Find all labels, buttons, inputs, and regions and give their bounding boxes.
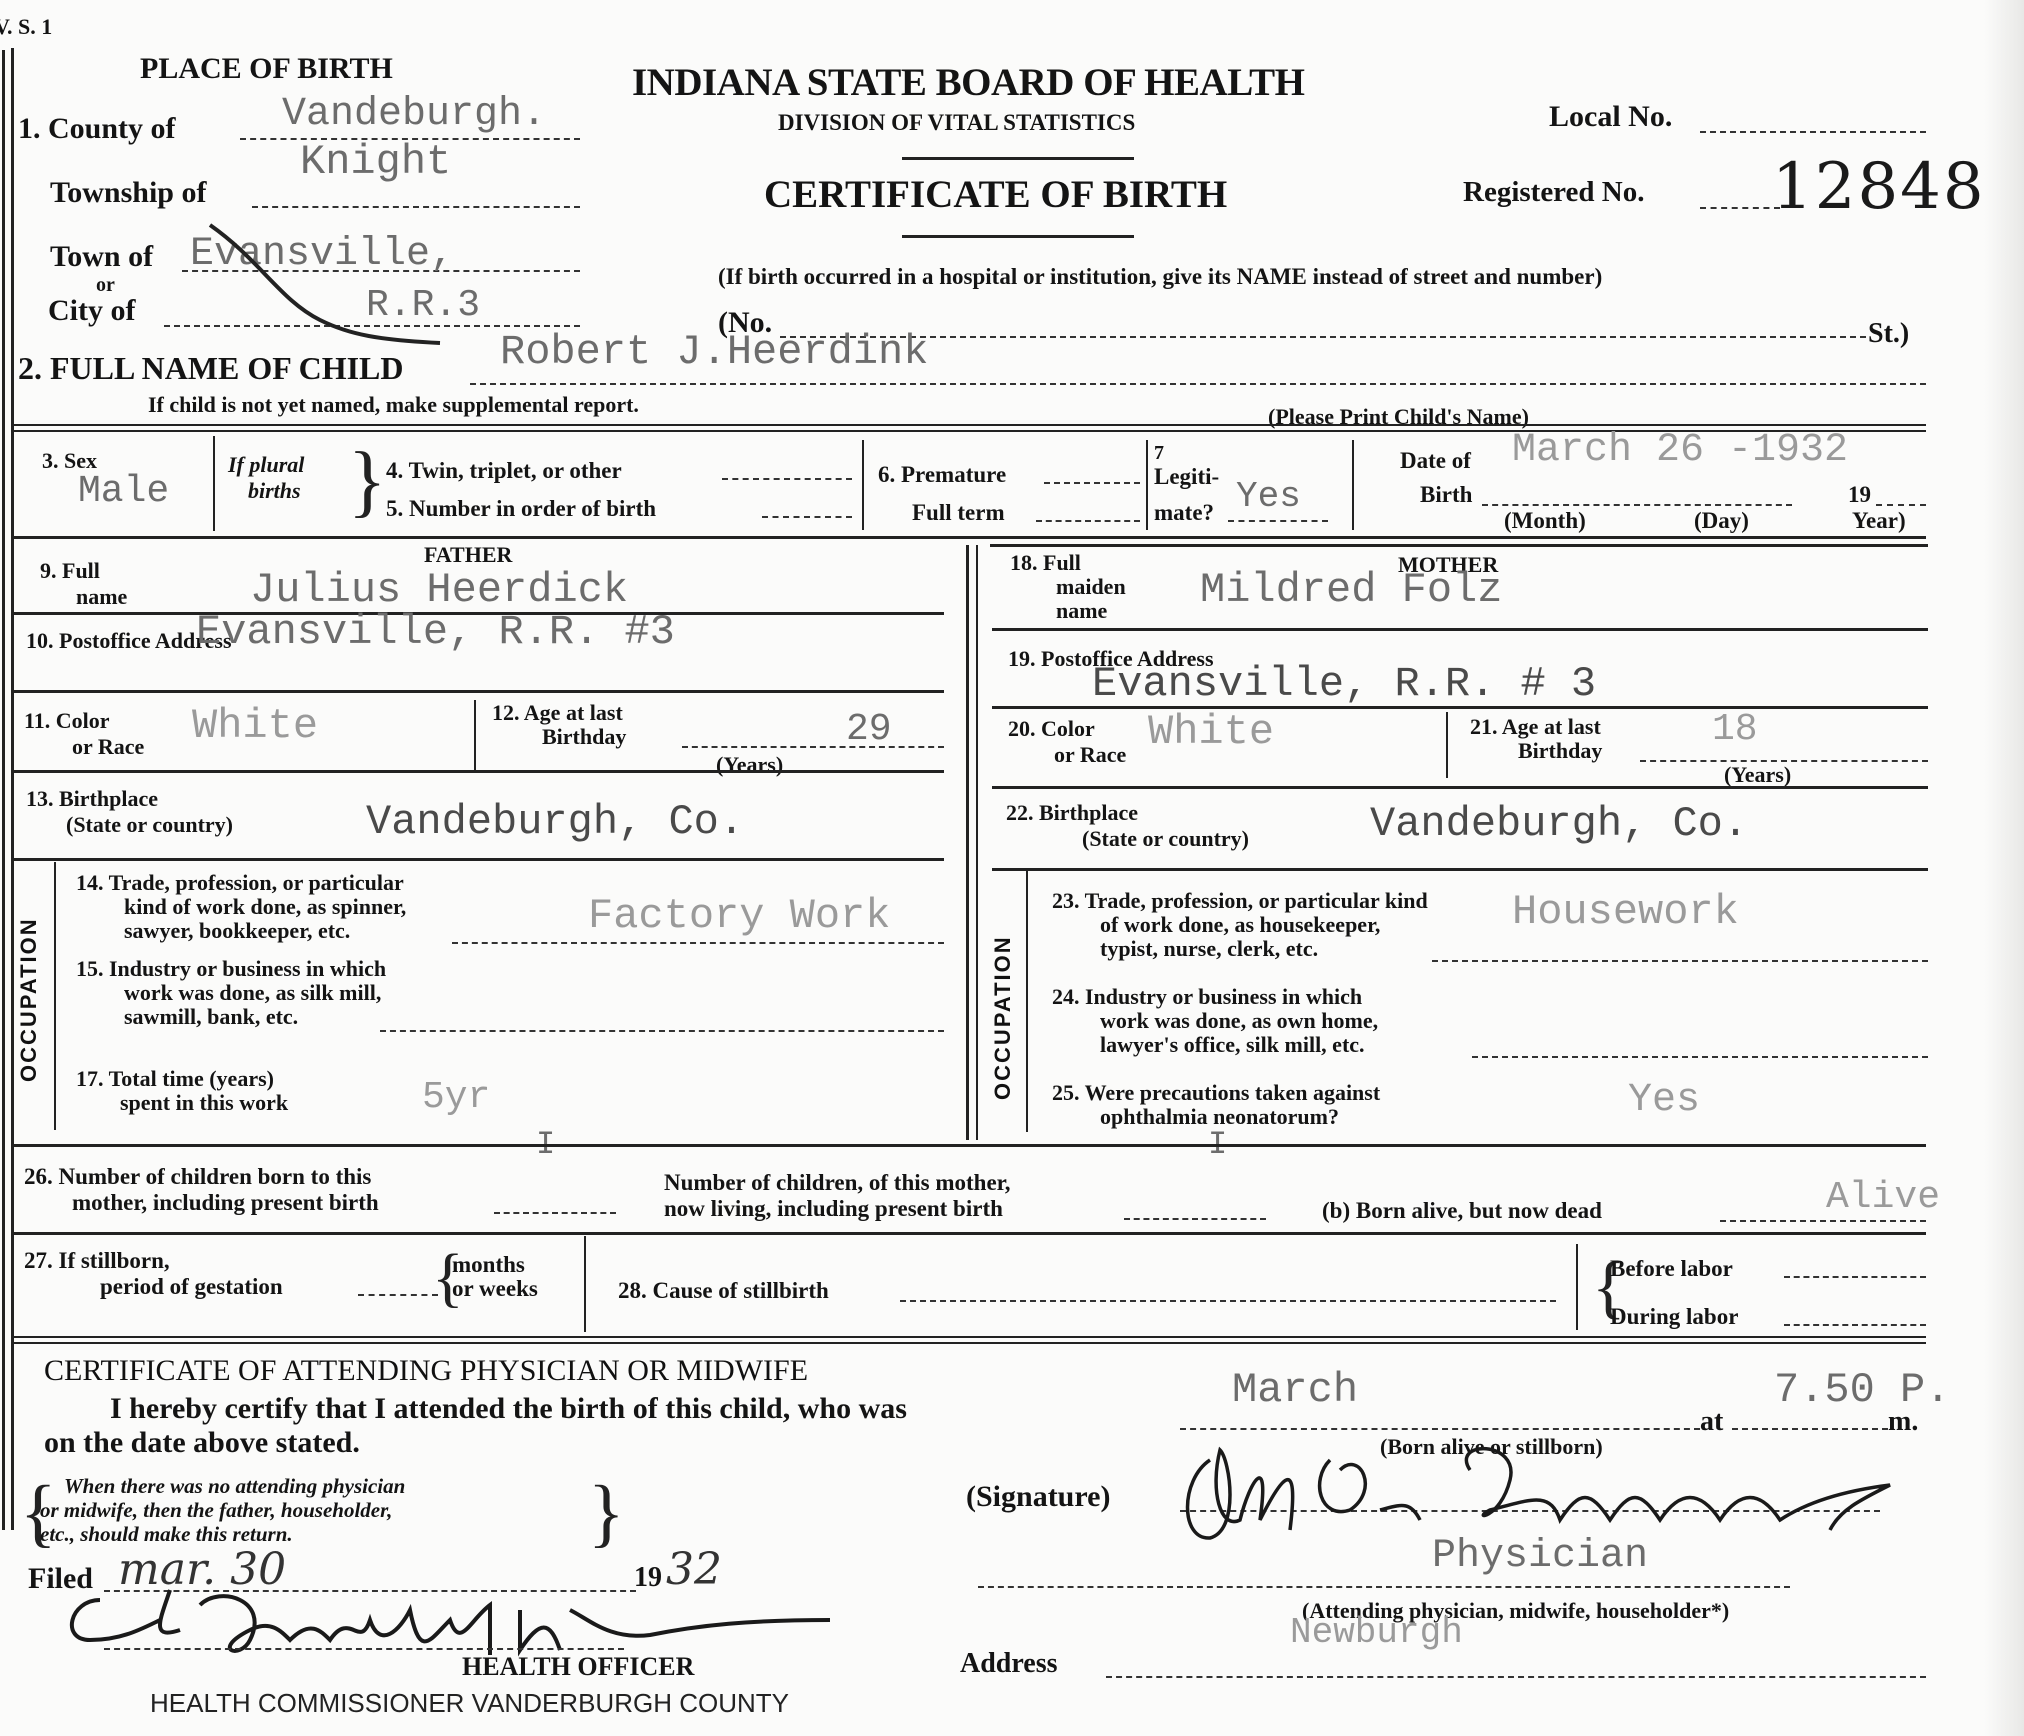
street-field[interactable] xyxy=(780,336,1866,338)
premature-field[interactable] xyxy=(1044,482,1140,484)
legitimate-field[interactable] xyxy=(1228,520,1328,522)
father-heading: FATHER xyxy=(424,542,512,568)
county-label: 1. County of xyxy=(18,112,176,146)
father-occupation-divider xyxy=(54,862,56,1130)
dob-field[interactable] xyxy=(1482,504,1792,506)
before-labor-label: Before labor xyxy=(1610,1256,1733,1282)
certify-text-1: I hereby certify that I attended the bir… xyxy=(110,1392,907,1426)
children-living-field[interactable] xyxy=(1124,1218,1266,1220)
mother-address-value: Evansville, R.R. # 3 xyxy=(1092,660,1596,708)
mother-industry-field[interactable] xyxy=(1472,1056,1928,1058)
plural-label-2: births xyxy=(248,478,301,504)
dob-label-2: Birth xyxy=(1420,482,1472,508)
child-name-field[interactable] xyxy=(470,383,1926,385)
father-birthplace-label-1: 13. Birthplace xyxy=(26,786,158,812)
children-dead-label: (b) Born alive, but now dead xyxy=(1322,1198,1602,1224)
health-officer-signature xyxy=(50,1580,870,1690)
divider-mother-name xyxy=(992,628,1928,631)
mother-name-label-3: name xyxy=(1056,598,1107,624)
mother-ophthalmia-label-1: 25. Were precautions taken against xyxy=(1052,1080,1380,1106)
divider-father-birthplace xyxy=(14,858,944,861)
certificate-title: CERTIFICATE OF BIRTH xyxy=(764,172,1227,217)
father-trade-label-2: kind of work done, as spinner, xyxy=(124,894,406,920)
mother-birthplace-label-2: (State or country) xyxy=(1082,826,1249,852)
scan-edge-shadow xyxy=(1984,0,2024,1736)
local-no-field[interactable] xyxy=(1700,131,1926,133)
father-occupation-side-label: OCCUPATION xyxy=(16,917,42,1082)
father-birthplace-label-2: (State or country) xyxy=(66,812,233,838)
stillbirth-cause-field[interactable] xyxy=(900,1300,1556,1302)
before-labor-field[interactable] xyxy=(1784,1276,1926,1278)
child-name-value: Robert J.Heerdink xyxy=(500,328,928,376)
mother-age-unit: (Years) xyxy=(1724,762,1791,788)
divider-children xyxy=(14,1232,1926,1235)
registered-no-label: Registered No. xyxy=(1463,176,1644,209)
divider-father-color xyxy=(474,700,476,770)
divider-mother-color xyxy=(992,786,1928,789)
left-border-inner xyxy=(11,48,14,1530)
full-term-label: Full term xyxy=(912,500,1005,526)
father-age-unit: (Years) xyxy=(716,752,783,778)
father-color-label-1: 11. Color xyxy=(24,708,110,734)
legitimate-value: Yes xyxy=(1236,476,1301,517)
order-label: 5. Number in order of birth xyxy=(386,496,656,522)
gestation-months-label: months xyxy=(452,1252,525,1278)
during-labor-label: During labor xyxy=(1610,1304,1738,1330)
title-rule-bottom xyxy=(902,235,1134,238)
time-value: 7.50 P. xyxy=(1774,1366,1950,1414)
mother-trade-label-3: typist, nurse, clerk, etc. xyxy=(1100,936,1318,962)
city-label: City of xyxy=(48,294,135,328)
legitimate-label-2: mate? xyxy=(1154,500,1214,526)
father-industry-label-1: 15. Industry or business in which xyxy=(76,956,386,982)
physician-note-2: or midwife, then the father, householder… xyxy=(40,1498,392,1523)
divider-mother-top xyxy=(990,544,1928,547)
mother-name-label-2: maiden xyxy=(1056,574,1126,600)
dob-year-field[interactable] xyxy=(1876,504,1926,506)
father-industry-field[interactable] xyxy=(380,1030,944,1032)
town-label: Town of xyxy=(50,240,153,274)
mother-industry-label-2: work was done, as own home, xyxy=(1100,1008,1378,1034)
father-trade-label-3: sawyer, bookkeeper, etc. xyxy=(124,918,350,944)
father-birthplace-value: Vandeburgh, Co. xyxy=(366,798,744,846)
signature-label: (Signature) xyxy=(966,1480,1110,1514)
local-no-label: Local No. xyxy=(1549,100,1672,134)
registered-no-leader xyxy=(1700,207,1780,209)
gestation-weeks-label: or weeks xyxy=(452,1276,538,1302)
township-field[interactable] xyxy=(252,206,580,208)
premature-label: 6. Premature xyxy=(878,462,1006,488)
dob-month-caption: (Month) xyxy=(1504,508,1586,534)
children-dead-value: Alive xyxy=(1826,1176,1940,1219)
physician-title-value: Physician xyxy=(1432,1534,1648,1579)
physician-address-value: Newburgh xyxy=(1290,1612,1463,1653)
hospital-note: (If birth occurred in a hospital or inst… xyxy=(718,264,1602,290)
title-rule-top xyxy=(902,157,1134,160)
father-industry-label-2: work was done, as silk mill, xyxy=(124,980,381,1006)
health-officer-label: HEALTH OFFICER xyxy=(462,1652,694,1682)
father-address-value: Evansville, R.R. #3 xyxy=(196,608,675,656)
gestation-field[interactable] xyxy=(358,1294,438,1296)
plural-label-1: If plural xyxy=(228,452,304,478)
children-born-label-1: 26. Number of children born to this xyxy=(24,1164,371,1190)
form-code: V. S. 1 xyxy=(0,14,52,40)
dob-label-1: Date of xyxy=(1400,448,1471,474)
township-value: Knight xyxy=(300,138,451,186)
mother-trade-value: Housework xyxy=(1512,888,1739,936)
birth-certificate-page: V. S. 1 PLACE OF BIRTH INDIANA STATE BOA… xyxy=(0,0,2024,1736)
mother-occupation-side-label: OCCUPATION xyxy=(990,935,1016,1100)
born-status-value: March xyxy=(1232,1366,1358,1414)
mother-color-value: White xyxy=(1148,708,1274,756)
mother-age-label-1: 21. Age at last xyxy=(1470,714,1601,740)
divider-mother-color xyxy=(1446,712,1448,778)
mother-trade-field[interactable] xyxy=(1432,960,1928,962)
divider-sex xyxy=(213,436,215,531)
center-divider-inner xyxy=(976,545,978,1140)
father-color-label-2: or Race xyxy=(72,734,144,760)
divider-mother-birthplace xyxy=(992,868,1928,871)
health-commissioner-label: HEALTH COMMISSIONER VANDERBURGH COUNTY xyxy=(150,1688,789,1719)
children-born-label-2: mother, including present birth xyxy=(72,1190,379,1216)
father-trade-field[interactable] xyxy=(452,942,944,944)
divider-gestation xyxy=(584,1236,586,1332)
father-trade-label-1: 14. Trade, profession, or particular xyxy=(76,870,404,896)
brace-plural: } xyxy=(348,436,386,527)
township-label: Township of xyxy=(50,176,206,210)
mother-industry-label-3: lawyer's office, silk mill, etc. xyxy=(1100,1032,1365,1058)
mother-occupation-divider xyxy=(1026,870,1028,1132)
divider-legit xyxy=(1352,440,1354,530)
mother-age-label-2: Birthday xyxy=(1518,738,1602,764)
twin-label: 4. Twin, triplet, or other xyxy=(386,458,622,484)
mother-birthplace-value: Vandeburgh, Co. xyxy=(1370,800,1748,848)
child-name-label: 2. FULL NAME OF CHILD xyxy=(18,350,404,387)
father-trade-value: Factory Work xyxy=(588,892,890,940)
physician-note-1: When there was no attending physician xyxy=(64,1474,405,1499)
mother-age-value: 18 xyxy=(1712,708,1758,751)
health-officer-field[interactable] xyxy=(104,1648,624,1650)
father-time-label-1: 17. Total time (years) xyxy=(76,1066,274,1092)
stillbirth-cause-label: 28. Cause of stillbirth xyxy=(618,1278,829,1304)
physician-title-field[interactable] xyxy=(978,1586,1790,1588)
street-st-label: St.) xyxy=(1868,318,1909,350)
children-born-field[interactable] xyxy=(494,1212,616,1214)
father-time-label-2: spent in this work xyxy=(120,1090,288,1116)
gestation-label-2: period of gestation xyxy=(100,1274,283,1300)
physician-heading: CERTIFICATE OF ATTENDING PHYSICIAN OR MI… xyxy=(44,1354,808,1388)
divider-occupation-bottom xyxy=(14,1144,1926,1147)
sex-value: Male xyxy=(78,470,169,513)
physician-address-field[interactable] xyxy=(1106,1676,1926,1678)
dob-value: March 26 -1932 xyxy=(1512,428,1848,473)
brace-note-right: } xyxy=(588,1470,624,1557)
full-term-field[interactable] xyxy=(1036,520,1140,522)
dob-year-caption: Year) xyxy=(1852,508,1906,534)
twin-field[interactable] xyxy=(722,478,852,480)
father-name-label-1: 9. Full xyxy=(40,558,100,584)
legitimate-label-1: Legiti- xyxy=(1154,464,1219,490)
divider-mother-address xyxy=(992,706,1928,709)
divider-row3 xyxy=(14,536,1926,539)
children-living-label-2: now living, including present birth xyxy=(664,1196,1003,1222)
mother-name-label-1: 18. Full xyxy=(1010,550,1081,576)
father-time-value: 5yr xyxy=(422,1076,490,1119)
center-divider xyxy=(966,545,969,1140)
order-field[interactable] xyxy=(762,516,852,518)
mother-trade-label-1: 23. Trade, profession, or particular kin… xyxy=(1052,888,1428,914)
divider-father-color xyxy=(14,770,944,773)
father-age-value: 29 xyxy=(846,708,892,751)
registered-no-value: 12848 xyxy=(1772,150,1986,224)
during-labor-field[interactable] xyxy=(1784,1324,1926,1326)
divider-premature xyxy=(1146,440,1148,530)
mother-trade-label-2: of work done, as housekeeper, xyxy=(1100,912,1380,938)
child-name-note: If child is not yet named, make suppleme… xyxy=(148,392,639,418)
division-title: DIVISION OF VITAL STATISTICS xyxy=(778,110,1135,136)
mother-birthplace-label-1: 22. Birthplace xyxy=(1006,800,1138,826)
father-color-value: White xyxy=(192,702,318,750)
left-border-outer xyxy=(2,50,5,1530)
divider-plural xyxy=(862,440,864,530)
county-value: Vandeburgh. xyxy=(282,92,546,137)
strikethrough-mark xyxy=(200,220,460,350)
father-age-label-1: 12. Age at last xyxy=(492,700,623,726)
father-industry-label-3: sawmill, bank, etc. xyxy=(124,1004,298,1030)
gestation-label-1: 27. If stillborn, xyxy=(24,1248,170,1274)
divider-father-address xyxy=(14,690,944,693)
mother-color-label-2: or Race xyxy=(1054,742,1126,768)
mother-industry-label-1: 24. Industry or business in which xyxy=(1052,984,1362,1010)
place-of-birth-heading: PLACE OF BIRTH xyxy=(140,52,393,86)
dob-year-prefix: 19 xyxy=(1848,482,1871,508)
legitimate-num: 7 xyxy=(1154,442,1164,465)
agency-title: INDIANA STATE BOARD OF HEALTH xyxy=(632,60,1304,105)
mother-color-label-1: 20. Color xyxy=(1008,716,1095,742)
mother-name-value: Mildred Folz xyxy=(1200,566,1502,614)
physician-address-label: Address xyxy=(960,1648,1058,1680)
father-name-label-2: name xyxy=(76,584,127,610)
children-dead-field[interactable] xyxy=(1720,1220,1926,1222)
children-living-label-1: Number of children, of this mother, xyxy=(664,1170,1011,1196)
father-age-label-2: Birthday xyxy=(542,724,626,750)
dob-day-caption: (Day) xyxy=(1694,508,1749,534)
divider-stillbirth xyxy=(14,1336,1926,1344)
father-age-field[interactable] xyxy=(682,746,944,748)
divider-cause xyxy=(1576,1244,1578,1330)
mother-ophthalmia-value: Yes xyxy=(1628,1078,1700,1123)
father-name-value: Julius Heerdick xyxy=(250,566,628,614)
certify-text-2: on the date above stated. xyxy=(44,1426,360,1460)
